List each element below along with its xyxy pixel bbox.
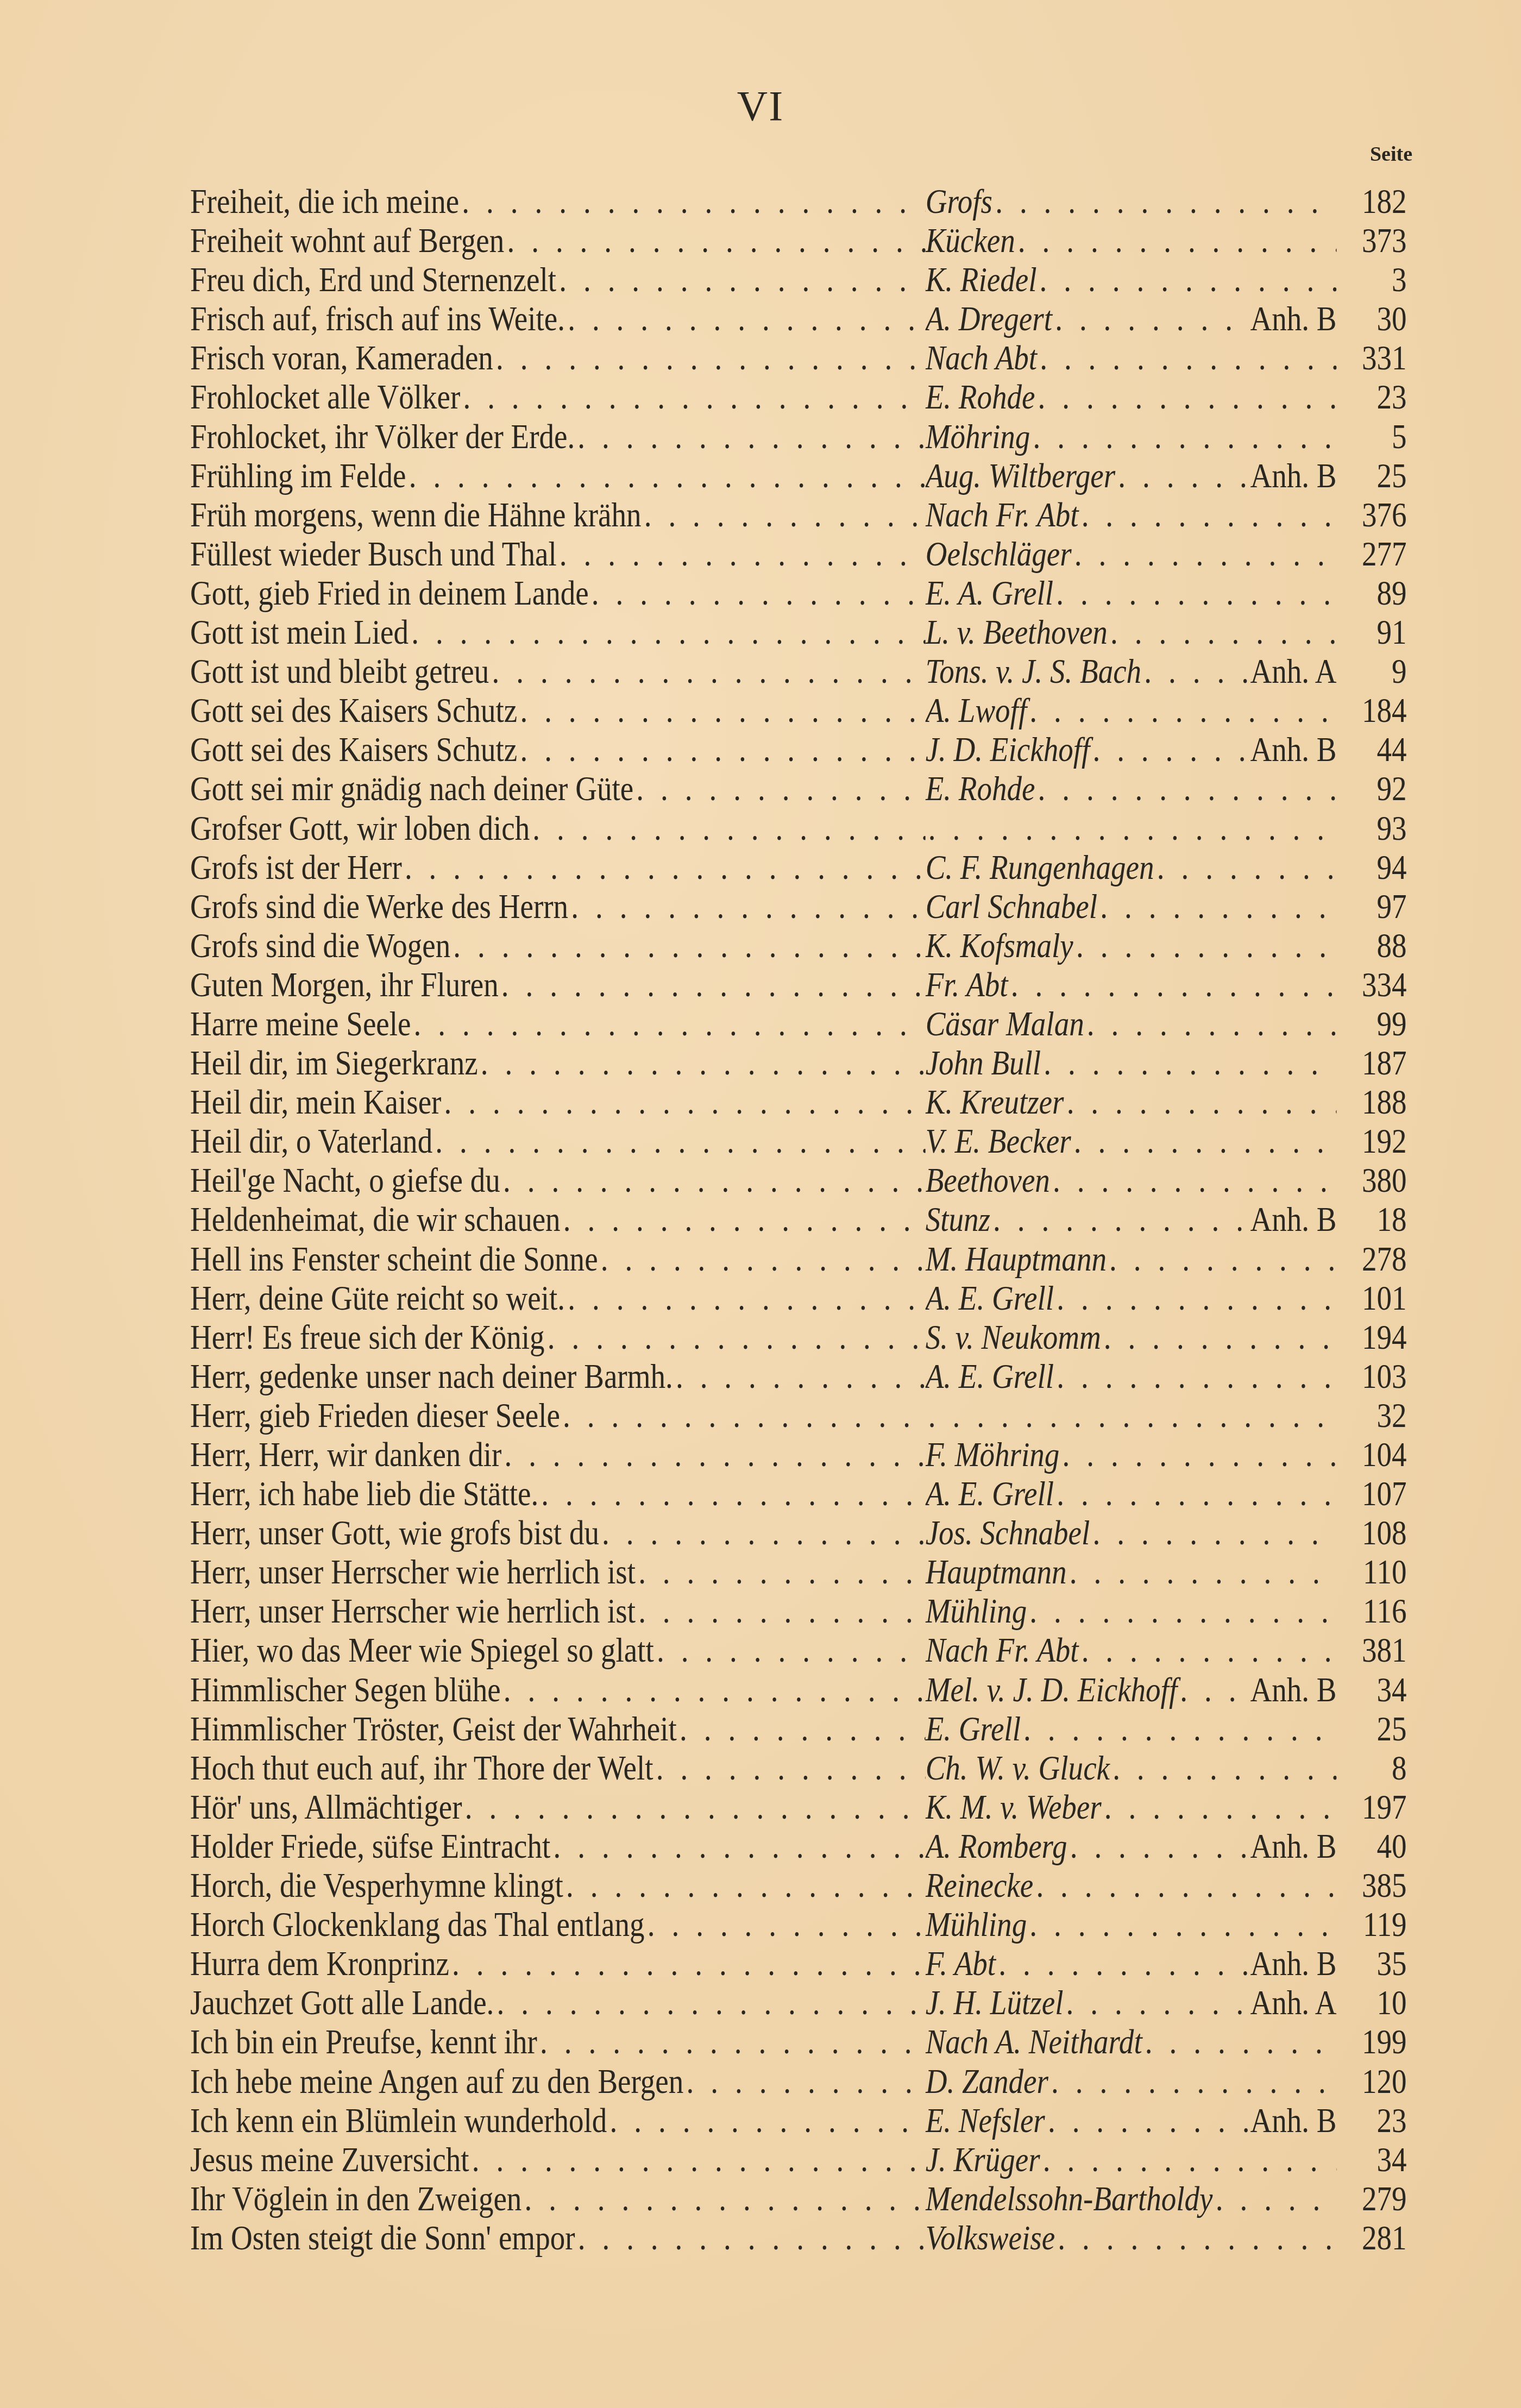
entry-composer: Mel. v. J. D. Eickhoff <box>926 1670 1178 1709</box>
composer-cell: D. Zander <box>926 2062 1346 2101</box>
entry-page: 10 <box>1346 1983 1407 2022</box>
index-entry: Frohlocket alle Völker E. Rohde 23 <box>190 378 1406 417</box>
composer-cell: A. Dregert Anh. B <box>926 299 1346 338</box>
dot-leader <box>1110 1749 1336 1788</box>
dot-leader <box>1067 1552 1337 1592</box>
index-entry: Heldenheimat, die wir schauen Stunz Anh.… <box>190 1200 1406 1239</box>
dot-leader <box>504 221 925 260</box>
entry-title: Freu dich, Erd und Sternenzelt <box>190 260 556 299</box>
entry-page: 281 <box>1346 2218 1407 2258</box>
composer-cell: J. H. Lützel Anh. A <box>926 1983 1346 2022</box>
entry-composer: S. v. Neukomm <box>926 1318 1101 1357</box>
composer-cell: Grofs <box>926 182 1346 221</box>
dot-leader <box>599 1513 926 1552</box>
dot-leader <box>1040 2140 1337 2179</box>
dot-leader <box>1154 848 1337 887</box>
entry-title: Früh morgens, wenn die Hähne krähn <box>190 495 642 535</box>
index-entry: Heil dir, im Siegerkranz John Bull 187 <box>190 1043 1406 1083</box>
dot-leader <box>501 1435 925 1474</box>
entry-page: 331 <box>1346 338 1407 378</box>
entry-composer: J. D. Eickhoff <box>926 730 1090 769</box>
entry-page: 5 <box>1346 417 1407 456</box>
composer-cell: C. F. Rungenhagen <box>926 848 1346 887</box>
dot-leader <box>926 809 1337 848</box>
entry-page: 103 <box>1346 1357 1407 1396</box>
entry-composer: Hauptmann <box>926 1552 1067 1592</box>
dot-leader <box>654 1631 926 1670</box>
dot-leader <box>538 1474 925 1513</box>
entry-composer: A. Romberg <box>926 1827 1067 1866</box>
composer-cell: F. Möhring <box>926 1435 1346 1474</box>
composer-cell: Mendelssohn-Bartholdy <box>926 2179 1346 2218</box>
index-entry: Heil dir, o Vaterland V. E. Becker 192 <box>190 1122 1406 1161</box>
composer-cell: E. Rohde <box>926 378 1346 417</box>
entry-title: Füllest wieder Busch und Thal <box>190 535 557 574</box>
dot-leader <box>653 1749 926 1788</box>
entry-title: Gott sei des Kaisers Schutz <box>190 691 517 730</box>
dot-leader <box>990 1200 1250 1239</box>
composer-cell: A. Lwoff <box>926 691 1346 730</box>
entry-page: 119 <box>1346 1905 1407 1944</box>
entry-title: Grofs sind die Wogen <box>190 926 450 965</box>
dot-leader <box>1037 338 1336 378</box>
entry-composer: Nach Abt <box>926 338 1037 378</box>
composer-cell: Carl Schnabel <box>926 887 1346 926</box>
index-entry: Gott, gieb Fried in deinem Lande E. A. G… <box>190 574 1406 613</box>
dot-leader <box>1035 769 1336 808</box>
index-entry: Ich kenn ein Blümlein wunderhold E. Nefs… <box>190 2101 1406 2140</box>
entry-title: Gott sei mir gnädig nach deiner Güte <box>190 769 633 808</box>
entry-composer: E. Rohde <box>926 378 1035 417</box>
entry-title: Horch Glockenklang das Thal entlang <box>190 1905 645 1944</box>
index-entry: Heil'ge Nacht, o giefse du Beethoven 380 <box>190 1161 1406 1200</box>
entry-composer: J. H. Lützel <box>926 1983 1064 2022</box>
entry-title: Herr, deine Güte reicht so weit. <box>190 1279 565 1318</box>
entry-composer: K. M. v. Weber <box>926 1788 1102 1827</box>
index-entry: Harre meine Seele Cäsar Malan 99 <box>190 1004 1406 1043</box>
entry-page: 188 <box>1346 1083 1407 1122</box>
dot-leader <box>1101 1318 1337 1357</box>
entry-page: 334 <box>1346 965 1407 1004</box>
entry-composer: K. Kreutzer <box>926 1083 1064 1122</box>
composer-cell: Ch. W. v. Gluck <box>926 1749 1346 1788</box>
dot-leader <box>1053 574 1336 613</box>
dot-leader <box>402 848 926 887</box>
entry-composer: Möhring <box>926 417 1030 456</box>
entry-page: 89 <box>1346 574 1407 613</box>
index-entry: Frohlocket, ihr Völker der Erde. Möhring… <box>190 417 1406 456</box>
dot-leader <box>926 1396 1337 1435</box>
dot-leader <box>550 1827 925 1866</box>
index-entry: Gott ist mein Lied L. v. Beethoven 91 <box>190 613 1406 652</box>
entry-appendix: Anh. B <box>1250 1200 1346 1239</box>
index-entry: Jauchzet Gott alle Lande. J. H. Lützel A… <box>190 1983 1406 2022</box>
entry-title: Herr! Es freue sich der König <box>190 1318 545 1357</box>
entry-appendix: Anh. B <box>1250 1827 1346 1866</box>
entry-page: 104 <box>1346 1435 1407 1474</box>
dot-leader <box>1050 1161 1337 1200</box>
dot-leader <box>1115 456 1250 495</box>
entry-page: 99 <box>1346 1004 1407 1043</box>
dot-leader <box>565 299 926 338</box>
entry-title: Ihr Vöglein in den Zweigen <box>190 2179 521 2218</box>
composer-cell: Tons. v. J. S. Bach Anh. A <box>926 652 1346 691</box>
dot-leader <box>1033 1866 1336 1905</box>
index-entry: Früh morgens, wenn die Hähne krähn Nach … <box>190 495 1406 535</box>
entry-page: 25 <box>1346 456 1407 495</box>
entry-title: Frohlocket, ihr Völker der Erde. <box>190 417 575 456</box>
entry-title: Herr, unser Gott, wie grofs bist du <box>190 1513 599 1552</box>
entry-page: 278 <box>1346 1240 1407 1279</box>
composer-cell: Mühling <box>926 1592 1346 1631</box>
entry-title: Hoch thut euch auf, ihr Thore der Welt <box>190 1749 653 1788</box>
dot-leader <box>1084 1004 1337 1043</box>
dot-leader <box>1041 1043 1336 1083</box>
entry-title: Herr, unser Herrscher wie herrlich ist <box>190 1552 636 1592</box>
dot-leader <box>1078 495 1336 535</box>
dot-leader <box>499 965 926 1004</box>
dot-leader <box>1090 1513 1336 1552</box>
entry-appendix: Anh. B <box>1250 456 1346 495</box>
entry-composer: Aug. Wiltberger <box>926 456 1116 495</box>
dot-leader <box>1008 965 1337 1004</box>
index-entry: Gott sei mir gnädig nach deiner Güte E. … <box>190 769 1406 808</box>
index-entry: Grofs sind die Werke des Herrn Carl Schn… <box>190 887 1406 926</box>
index-entry: Im Osten steigt die Sonn' empor Volkswei… <box>190 2218 1406 2258</box>
entry-title: Heldenheimat, die wir schauen <box>190 1200 561 1239</box>
entry-appendix: Anh. A <box>1250 652 1346 691</box>
index-entry: Füllest wieder Busch und Thal Oelschläge… <box>190 535 1406 574</box>
composer-cell: John Bull <box>926 1043 1346 1083</box>
index-entry: Freiheit, die ich meine Grofs 182 <box>190 182 1406 221</box>
composer-cell: M. Hauptmann <box>926 1240 1346 1279</box>
entry-page: 116 <box>1346 1592 1407 1631</box>
entry-title: Heil'ge Nacht, o giefse du <box>190 1161 500 1200</box>
entry-composer: A. E. Grell <box>926 1357 1054 1396</box>
entry-page: 34 <box>1346 1670 1407 1709</box>
dot-leader <box>469 2140 926 2179</box>
composer-cell: Nach A. Neithardt <box>926 2022 1346 2061</box>
dot-leader <box>441 1083 925 1122</box>
entry-page: 194 <box>1346 1318 1407 1357</box>
entry-title: Jauchzet Gott alle Lande. <box>190 1983 494 2022</box>
dot-leader <box>411 1004 925 1043</box>
composer-cell: A. E. Grell <box>926 1474 1346 1513</box>
dot-leader <box>633 769 925 808</box>
composer-cell: Mel. v. J. D. Eickhoff Anh. B <box>926 1670 1346 1709</box>
dot-leader <box>561 1200 926 1239</box>
entry-composer: F. Möhring <box>926 1435 1060 1474</box>
dot-leader <box>1107 1240 1337 1279</box>
entry-composer: Oelschläger <box>926 535 1072 574</box>
entry-title: Hell ins Fenster scheint die Sonne <box>190 1240 598 1279</box>
entry-page: 277 <box>1346 535 1407 574</box>
dot-leader <box>642 495 926 535</box>
composer-cell: K. Kreutzer <box>926 1083 1346 1122</box>
composer-cell: K. M. v. Weber <box>926 1788 1346 1827</box>
entry-page: 182 <box>1346 182 1407 221</box>
entry-page: 91 <box>1346 613 1407 652</box>
entry-composer: Nach A. Neithardt <box>926 2022 1142 2061</box>
entry-composer: D. Zander <box>926 2062 1048 2101</box>
composer-cell: K. Kofsmaly <box>926 926 1346 965</box>
dot-leader <box>1021 1709 1337 1749</box>
index-entry: Herr! Es freue sich der König S. v. Neuk… <box>190 1318 1406 1357</box>
entry-composer: J. Krüger <box>926 2140 1040 2179</box>
entry-title: Holder Friede, süfse Eintracht <box>190 1827 550 1866</box>
composer-cell <box>926 809 1346 848</box>
entry-title: Heil dir, mein Kaiser <box>190 1083 441 1122</box>
entry-title: Guten Morgen, ihr Fluren <box>190 965 499 1004</box>
dot-leader <box>1102 1788 1337 1827</box>
entry-title: Hier, wo das Meer wie Spiegel so glatt <box>190 1631 654 1670</box>
index-entry: Hier, wo das Meer wie Spiegel so glatt N… <box>190 1631 1406 1670</box>
dot-leader <box>598 1240 926 1279</box>
entry-title: Frisch voran, Kameraden <box>190 338 493 378</box>
dot-leader <box>545 1318 926 1357</box>
composer-cell: Hauptmann <box>926 1552 1346 1592</box>
entry-composer: Mühling <box>926 1905 1027 1944</box>
index-entry: Hurra dem Kronprinz F. Abt Anh. B 35 <box>190 1944 1406 1983</box>
dot-leader <box>537 2022 926 2061</box>
dot-leader <box>1027 1592 1336 1631</box>
entry-page: 376 <box>1346 495 1407 535</box>
composer-cell: Stunz Anh. B <box>926 1200 1346 1239</box>
entry-composer: A. Dregert <box>926 299 1052 338</box>
entry-title: Gott sei des Kaisers Schutz <box>190 730 517 769</box>
entry-composer: E. Nefsler <box>926 2101 1045 2140</box>
entry-composer: E. A. Grell <box>926 574 1053 613</box>
entry-page: 199 <box>1346 2022 1407 2061</box>
entry-composer: Mühling <box>926 1592 1027 1631</box>
index-entry: Horch, die Vesperhymne klingt Reinecke 3… <box>190 1866 1406 1905</box>
composer-cell: J. Krüger <box>926 2140 1346 2179</box>
entry-composer: A. E. Grell <box>926 1474 1054 1513</box>
entry-page: 92 <box>1346 769 1407 808</box>
composer-cell: K. Riedel <box>926 260 1346 299</box>
dot-leader <box>1141 652 1250 691</box>
composer-cell: Nach Abt <box>926 338 1346 378</box>
entry-composer: Kücken <box>926 221 1015 260</box>
composer-cell: Kücken <box>926 221 1346 260</box>
entry-appendix: Anh. B <box>1250 1944 1346 1983</box>
entry-title: Im Osten steigt die Sonn' empor <box>190 2218 575 2258</box>
composer-cell: Aug. Wiltberger Anh. B <box>926 456 1346 495</box>
dot-leader <box>489 652 925 691</box>
dot-leader <box>1027 691 1336 730</box>
entry-title: Himmlischer Tröster, Geist der Wahrheit <box>190 1709 677 1749</box>
index-entry: Herr, unser Herrscher wie herrlich ist H… <box>190 1552 1406 1592</box>
entry-composer: Grofs <box>926 182 992 221</box>
index-entry: Herr, unser Herrscher wie herrlich ist M… <box>190 1592 1406 1631</box>
composer-cell: Nach Fr. Abt <box>926 1631 1346 1670</box>
entry-composer: Carl Schnabel <box>926 887 1097 926</box>
entry-title: Herr, Herr, wir danken dir <box>190 1435 501 1474</box>
index-entry: Hoch thut euch auf, ihr Thore der Welt C… <box>190 1749 1406 1788</box>
dot-leader <box>636 1592 926 1631</box>
entry-composer: F. Abt <box>926 1944 996 1983</box>
dot-leader <box>1097 887 1336 926</box>
entry-page: 34 <box>1346 2140 1407 2179</box>
entry-page: 279 <box>1346 2179 1407 2218</box>
dot-leader <box>406 456 926 495</box>
page-number: VI <box>0 81 1521 130</box>
entry-title: Freiheit wohnt auf Bergen <box>190 221 504 260</box>
composer-cell: A. Romberg Anh. B <box>926 1827 1346 1866</box>
entry-title: Herr, gieb Frieden dieser Seele <box>190 1396 560 1435</box>
composer-cell: Oelschläger <box>926 535 1346 574</box>
entry-page: 120 <box>1346 2062 1407 2101</box>
entry-composer: A. E. Grell <box>926 1279 1054 1318</box>
dot-leader <box>1036 260 1336 299</box>
entry-page: 32 <box>1346 1396 1407 1435</box>
index-entry: Ich bin ein Preufse, kennt ihr Nach A. N… <box>190 2022 1406 2061</box>
entry-composer: C. F. Rungenhagen <box>926 848 1154 887</box>
entry-composer: Stunz <box>926 1200 990 1239</box>
dot-leader <box>408 613 926 652</box>
dot-leader <box>1072 535 1337 574</box>
entry-page: 9 <box>1346 652 1407 691</box>
dot-leader <box>565 1279 926 1318</box>
index-entry: Frisch auf, frisch auf ins Weite. A. Dre… <box>190 299 1406 338</box>
dot-leader <box>645 1905 926 1944</box>
entry-composer: Cäsar Malan <box>926 1004 1084 1043</box>
index-entry: Freu dich, Erd und Sternenzelt K. Riedel… <box>190 260 1406 299</box>
composer-cell: J. D. Eickhoff Anh. B <box>926 730 1346 769</box>
dot-leader <box>450 926 925 965</box>
index-entry: Freiheit wohnt auf Bergen Kücken 373 <box>190 221 1406 260</box>
entry-title: Heil dir, im Siegerkranz <box>190 1043 478 1083</box>
composer-cell: Beethoven <box>926 1161 1346 1200</box>
composer-cell: Nach Fr. Abt <box>926 495 1346 535</box>
index-entry: Hör' uns, Allmächtiger K. M. v. Weber 19… <box>190 1788 1406 1827</box>
song-index: Freiheit, die ich meine Grofs 182 Freihe… <box>190 182 1407 2258</box>
entry-page: 380 <box>1346 1161 1407 1200</box>
dot-leader <box>478 1043 926 1083</box>
dot-leader <box>517 691 925 730</box>
composer-cell: E. Rohde <box>926 769 1346 808</box>
entry-composer: K. Kofsmaly <box>926 926 1073 965</box>
index-entry: Himmlischer Segen blühe Mel. v. J. D. Ei… <box>190 1670 1406 1709</box>
entry-page: 184 <box>1346 691 1407 730</box>
dot-leader <box>1142 2022 1337 2061</box>
index-entry: Hell ins Fenster scheint die Sonne M. Ha… <box>190 1240 1406 1279</box>
composer-cell: Cäsar Malan <box>926 1004 1346 1043</box>
entry-page: 110 <box>1346 1552 1407 1592</box>
index-entry: Himmlischer Tröster, Geist der Wahrheit … <box>190 1709 1406 1749</box>
index-entry: Herr, deine Güte reicht so weit. A. E. G… <box>190 1279 1406 1318</box>
dot-leader <box>1054 1279 1336 1318</box>
entry-composer: V. E. Becker <box>926 1122 1071 1161</box>
entry-composer: John Bull <box>926 1043 1041 1083</box>
dot-leader <box>460 378 925 417</box>
index-entry: Herr, gedenke unser nach deiner Barmh. A… <box>190 1357 1406 1396</box>
entry-composer: Volksweise <box>926 2218 1055 2258</box>
dot-leader <box>560 1396 926 1435</box>
entry-page: 97 <box>1346 887 1407 926</box>
entry-title: Gott, gieb Fried in deinem Lande <box>190 574 589 613</box>
composer-cell: Jos. Schnabel <box>926 1513 1346 1552</box>
composer-cell: Mühling <box>926 1905 1346 1944</box>
dot-leader <box>557 535 926 574</box>
index-entry: Herr, Herr, wir danken dir F. Möhring 10… <box>190 1435 1406 1474</box>
entry-composer: Reinecke <box>926 1866 1034 1905</box>
dot-leader <box>575 2218 926 2258</box>
entry-title: Hurra dem Kronprinz <box>190 1944 449 1983</box>
entry-title: Himmlischer Segen blühe <box>190 1670 501 1709</box>
dot-leader <box>432 1122 925 1161</box>
dot-leader <box>1054 1357 1336 1396</box>
dot-leader <box>589 574 926 613</box>
entry-composer: Beethoven <box>926 1161 1050 1200</box>
composer-cell: Fr. Abt <box>926 965 1346 1004</box>
dot-leader <box>449 1944 926 1983</box>
composer-cell <box>926 1396 1346 1435</box>
dot-leader <box>1027 1905 1336 1944</box>
dot-leader <box>1048 2062 1337 2101</box>
entry-title: Herr, gedenke unser nach deiner Barmh. <box>190 1357 673 1396</box>
entry-page: 385 <box>1346 1866 1407 1905</box>
composer-cell: Reinecke <box>926 1866 1346 1905</box>
index-entry: Gott ist und bleibt getreu Tons. v. J. S… <box>190 652 1406 691</box>
entry-title: Gott ist mein Lied <box>190 613 408 652</box>
entry-composer: E. Grell <box>926 1709 1021 1749</box>
entry-composer: Jos. Schnabel <box>926 1513 1090 1552</box>
entry-title: Hör' uns, Allmächtiger <box>190 1788 462 1827</box>
entry-page: 101 <box>1346 1279 1407 1318</box>
dot-leader <box>1064 1083 1336 1122</box>
composer-cell: A. E. Grell <box>926 1279 1346 1318</box>
dot-leader <box>636 1552 926 1592</box>
dot-leader <box>1045 2101 1250 2140</box>
dot-leader <box>521 2179 925 2218</box>
index-entry: Herr, ich habe lieb die Stätte. A. E. Gr… <box>190 1474 1406 1513</box>
entry-composer: Mendelssohn-Bartholdy <box>926 2179 1213 2218</box>
entry-title: Grofs sind die Werke des Herrn <box>190 887 568 926</box>
dot-leader <box>459 182 925 221</box>
dot-leader <box>1059 1435 1336 1474</box>
index-entry: Holder Friede, süfse Eintracht A. Romber… <box>190 1827 1406 1866</box>
entry-composer: K. Riedel <box>926 260 1037 299</box>
entry-composer: Tons. v. J. S. Bach <box>926 652 1141 691</box>
entry-page: 108 <box>1346 1513 1407 1552</box>
dot-leader <box>1078 1631 1336 1670</box>
index-entry: Ich hebe meine Angen auf zu den Bergen D… <box>190 2062 1406 2101</box>
composer-cell: E. Grell <box>926 1709 1346 1749</box>
entry-composer: Ch. W. v. Gluck <box>926 1749 1110 1788</box>
dot-leader <box>462 1788 926 1827</box>
entry-appendix: Anh. B <box>1250 299 1346 338</box>
entry-page: 8 <box>1346 1749 1407 1788</box>
dot-leader <box>530 809 925 848</box>
column-label-page: Seite <box>1370 142 1412 166</box>
dot-leader <box>500 1161 926 1200</box>
dot-leader <box>575 417 925 456</box>
entry-appendix: Anh. B <box>1250 1670 1346 1709</box>
entry-page: 3 <box>1346 260 1407 299</box>
dot-leader <box>1177 1670 1250 1709</box>
index-entry: Grofser Gott, wir loben dich 93 <box>190 809 1406 848</box>
entry-page: 25 <box>1346 1709 1407 1749</box>
entry-composer: A. Lwoff <box>926 691 1027 730</box>
dot-leader <box>568 887 926 926</box>
entry-page: 18 <box>1346 1200 1407 1239</box>
entry-composer: Nach Fr. Abt <box>926 495 1079 535</box>
entry-page: 107 <box>1346 1474 1407 1513</box>
index-entry: Jesus meine Zuversicht J. Krüger 34 <box>190 2140 1406 2179</box>
entry-title: Grofser Gott, wir loben dich <box>190 809 530 848</box>
entry-page: 23 <box>1346 2101 1407 2140</box>
